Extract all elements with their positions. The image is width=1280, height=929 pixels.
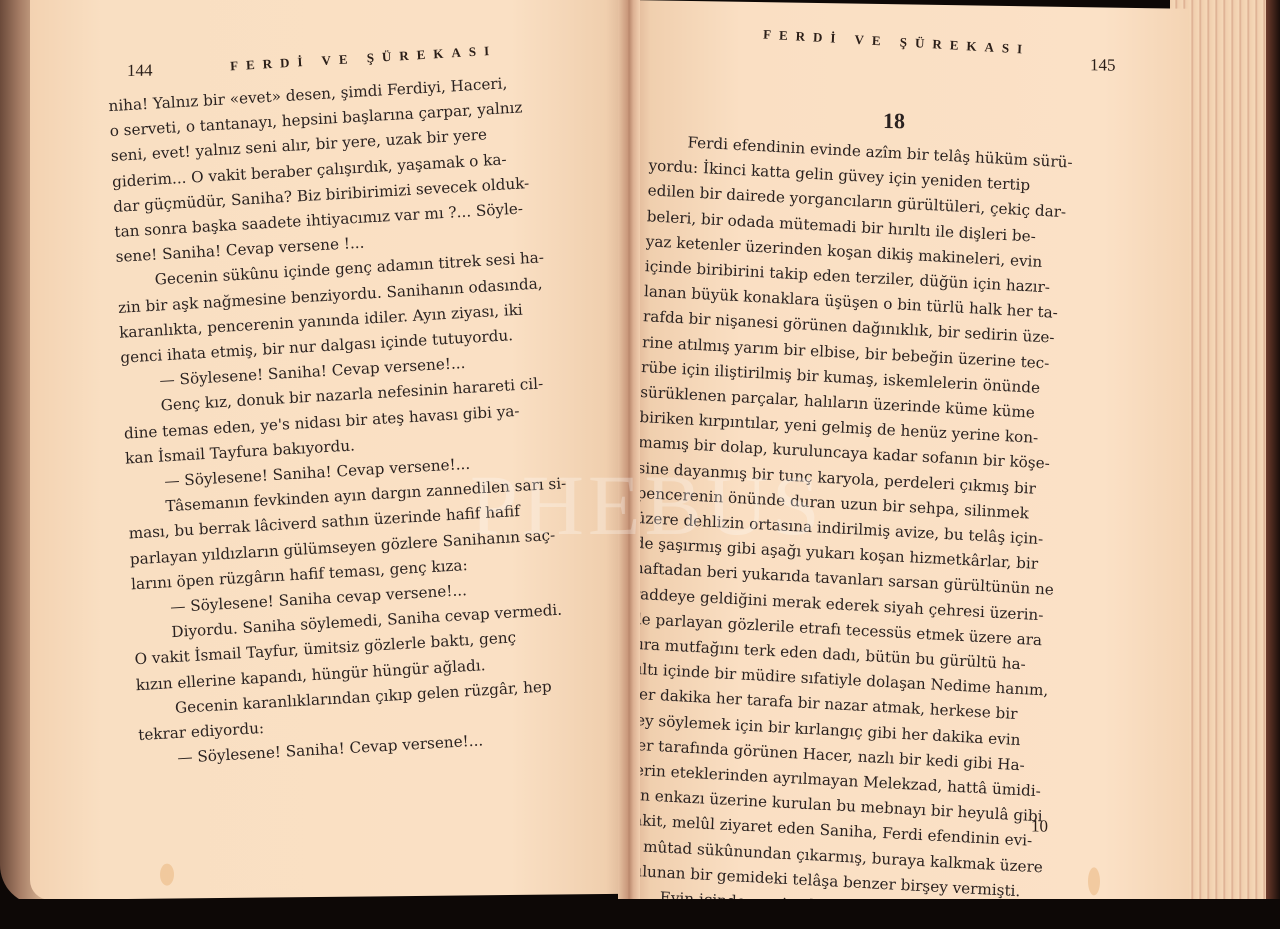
signature-mark: 10 [1031,816,1048,836]
running-head: FERDİ VE ŞÜREKASI [763,27,1031,58]
open-book-spread: 144 FERDİ VE ŞÜREKASI niha! Yalnız bir «… [0,0,1280,929]
left-page: 144 FERDİ VE ŞÜREKASI niha! Yalnız bir «… [30,0,630,900]
running-head: FERDİ VE ŞÜREKASI [230,43,498,75]
scan-bottom-shadow [0,899,1280,929]
page-number: 144 [127,61,153,81]
right-page-body: Ferdi efendinin evinde azîm bir telâş hü… [628,128,1170,916]
left-page-body: niha! Yalnız bir «evet» desen, şimdi Fer… [108,67,610,773]
right-page: FERDİ VE ŞÜREKASI 145 18 Ferdi efendinin… [628,0,1188,917]
book-gutter [618,0,640,905]
chapter-number: 18 [883,108,905,134]
page-number: 145 [1090,55,1116,75]
